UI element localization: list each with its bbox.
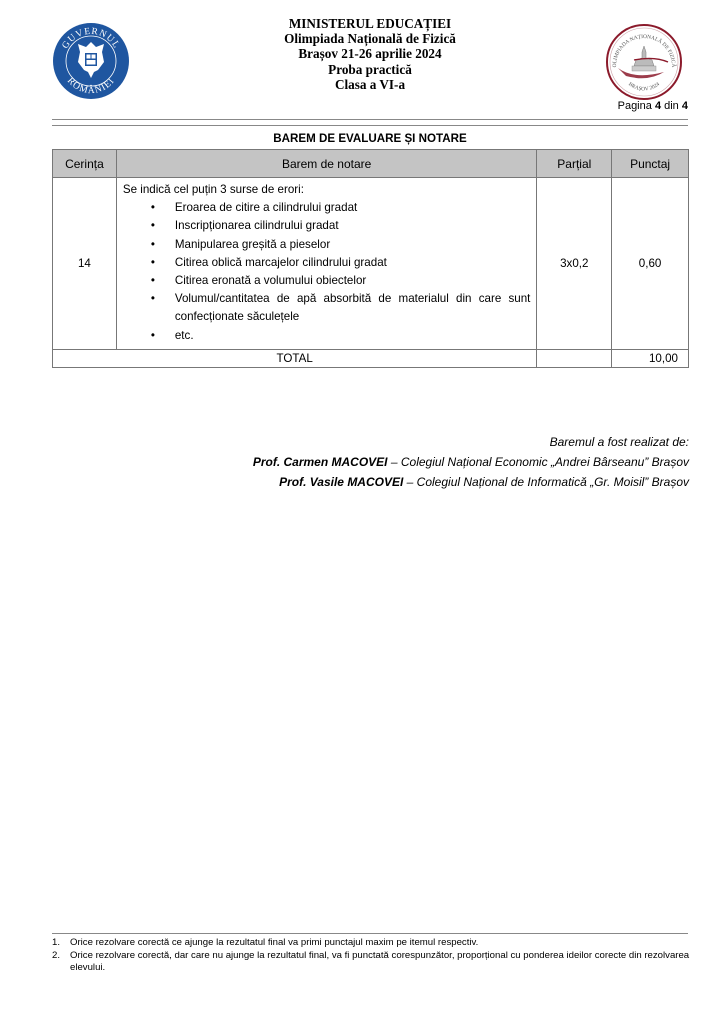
total-row: TOTAL 10,00 [53,349,689,367]
bullet-icon: • [151,254,155,272]
total-partial [537,349,612,367]
credits-intro: Baremul a fost realizat de: [150,432,689,452]
barem-intro: Se indică cel puțin 3 surse de erori: [123,181,531,199]
author-affiliation: Colegiul Național Economic „Andrei Bârse… [401,455,689,469]
bullet-icon: • [151,327,155,345]
credits-block: Baremul a fost realizat de: Prof. Carmen… [150,432,689,492]
list-item: •Manipularea greșită a pieselor [123,236,531,254]
grading-table: Cerința Barem de notare Parțial Punctaj … [52,149,689,368]
list-item: •etc. [123,327,531,345]
footnote: 1.Orice rezolvare corectă ce ajunge la r… [52,937,697,950]
list-item: •Citirea eronată a volumului obiectelor [123,272,531,290]
list-item: •Volumul/cantitatea de apă absorbită de … [123,290,531,326]
list-item: •Citirea oblică marcajelor cilindrului g… [123,254,531,272]
column-header-partial: Parțial [537,150,612,178]
cell-cerinta: 14 [53,178,117,350]
list-item-text: Inscripționarea cilindrului gradat [175,219,339,232]
guvernul-romaniei-seal-icon: GUVERNUL ROMÂNIEI [52,22,130,100]
author-dash: – [388,455,401,469]
column-header-cerinta: Cerința [53,150,117,178]
list-item: •Eroarea de citire a cilindrului gradat [123,199,531,217]
column-header-punctaj: Punctaj [612,150,689,178]
header-divider [52,119,688,120]
footnote-number: 1. [52,937,60,950]
author-dash: – [403,475,416,489]
table-header-row: Cerința Barem de notare Parțial Punctaj [53,150,689,178]
author-affiliation: Colegiul Național de Informatică „Gr. Mo… [417,475,689,489]
error-sources-list: •Eroarea de citire a cilindrului gradat … [123,199,531,345]
page-prefix: Pagina [618,100,652,112]
list-item-text: etc. [175,329,194,342]
list-item-text: Citirea eronată a volumului obiectelor [175,274,366,287]
credits-author: Prof. Carmen MACOVEI – Colegiul Național… [150,452,689,472]
cell-punctaj: 0,60 [612,178,689,350]
header-line-location-date: Brașov 21-26 aprilie 2024 [200,46,540,61]
header-line-olympiad: Olimpiada Națională de Fizică [200,31,540,46]
header-line-test-type: Proba practică [200,62,540,77]
footer-divider [52,933,688,934]
list-item-text: Citirea oblică marcajelor cilindrului gr… [175,256,387,269]
header-divider-secondary [52,125,688,126]
bullet-icon: • [151,236,155,254]
bullet-icon: • [151,272,155,290]
list-item-text: Volumul/cantitatea de apă absorbită de m… [175,292,531,323]
credits-author: Prof. Vasile MACOVEI – Colegiul Național… [150,472,689,492]
page-current: 4 [655,100,661,112]
author-name: Prof. Carmen MACOVEI [253,455,388,469]
table-title: BAREM DE EVALUARE ȘI NOTARE [52,132,688,145]
olimpiada-fizica-logo-icon: OLIMPIADA NAȚIONALĂ DE FIZICĂ BRAȘOV 202… [604,22,684,102]
cell-partial: 3x0,2 [537,178,612,350]
bullet-icon: • [151,290,155,308]
footnote-text: Orice rezolvare corectă, dar care nu aju… [70,950,689,974]
table-row: 14 Se indică cel puțin 3 surse de erori:… [53,178,689,350]
footnote-number: 2. [52,950,60,963]
page-number: Pagina 4 din 4 [600,100,688,112]
total-punctaj: 10,00 [612,349,689,367]
page-total: 4 [682,100,688,112]
bullet-icon: • [151,217,155,235]
header-line-ministry: MINISTERUL EDUCAȚIEI [200,16,540,31]
bullet-icon: • [151,199,155,217]
column-header-barem: Barem de notare [116,150,537,178]
total-label: TOTAL [53,349,537,367]
footnotes: 1.Orice rezolvare corectă ce ajunge la r… [52,937,697,975]
header-line-grade: Clasa a VI-a [200,77,540,92]
list-item: •Inscripționarea cilindrului gradat [123,217,531,235]
footnote: 2.Orice rezolvare corectă, dar care nu a… [52,950,697,975]
author-name: Prof. Vasile MACOVEI [279,475,403,489]
document-header: MINISTERUL EDUCAȚIEI Olimpiada Națională… [200,16,540,92]
footnote-text: Orice rezolvare corectă ce ajunge la rez… [70,937,478,948]
cell-barem: Se indică cel puțin 3 surse de erori: •E… [116,178,537,350]
page-separator: din [664,100,679,112]
list-item-text: Eroarea de citire a cilindrului gradat [175,201,357,214]
list-item-text: Manipularea greșită a pieselor [175,238,330,251]
